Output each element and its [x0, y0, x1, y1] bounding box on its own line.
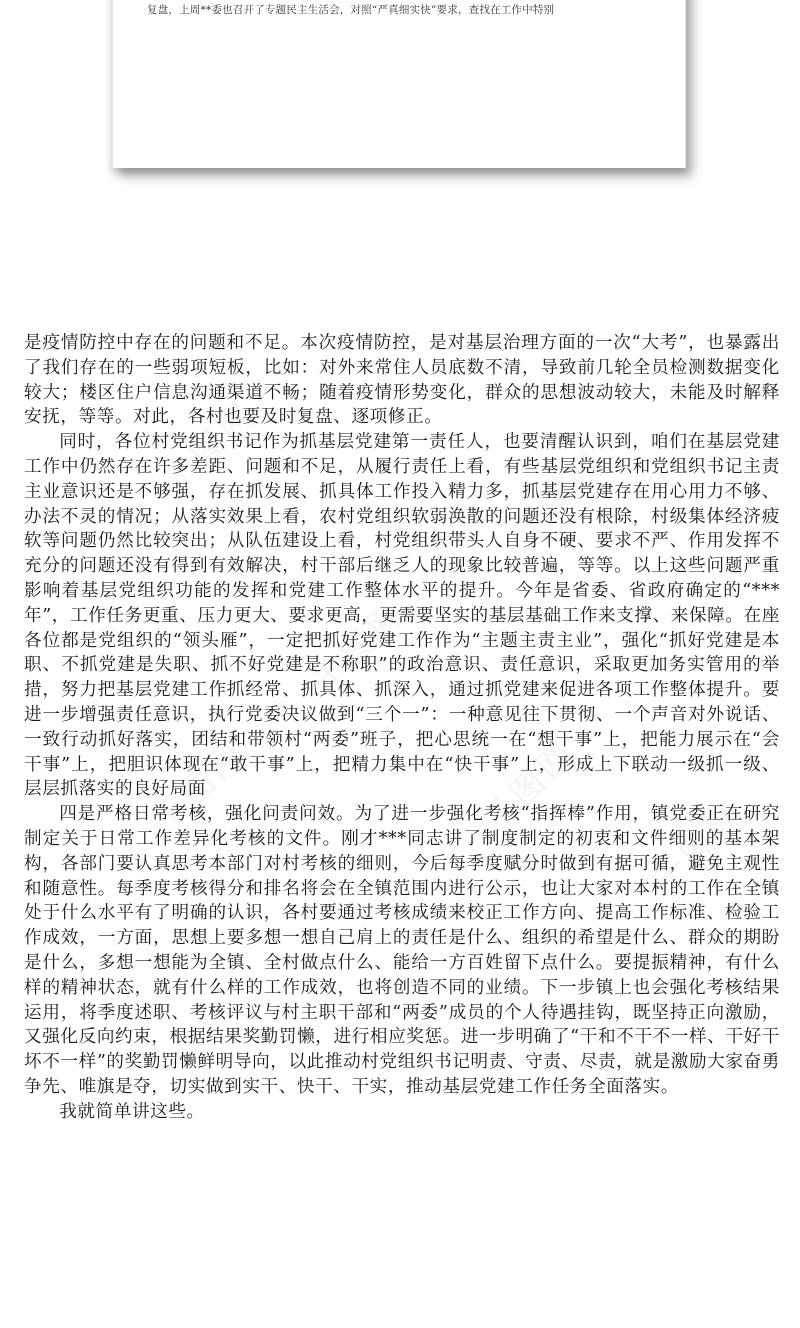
- document-preview-card: 复盘，上周**委也召开了专题民主生活会，对照“严真细实快”要求，查找在工作中特别: [112, 0, 686, 168]
- paragraph-assessment: 四是严格日常考核，强化问责问效。为了进一步强化考核“指挥棒”作用，镇党委正在研究…: [24, 802, 780, 1100]
- paragraph-closing: 我就简单讲这些。: [24, 1100, 780, 1125]
- preview-text-line: 复盘，上周**委也召开了专题民主生活会，对照“严真细实快”要求，查找在工作中特别: [147, 2, 554, 17]
- document-body: 是疫情防控中存在的问题和不足。本次疫情防控，是对基层治理方面的一次“大考”，也暴…: [24, 331, 780, 1125]
- paragraph-epidemic-issues: 是疫情防控中存在的问题和不足。本次疫情防控，是对基层治理方面的一次“大考”，也暴…: [24, 331, 780, 430]
- paragraph-party-building: 同时，各位村党组织书记作为抓基层党建第一责任人，也要清醒认识到，咱们在基层党建工…: [24, 430, 780, 802]
